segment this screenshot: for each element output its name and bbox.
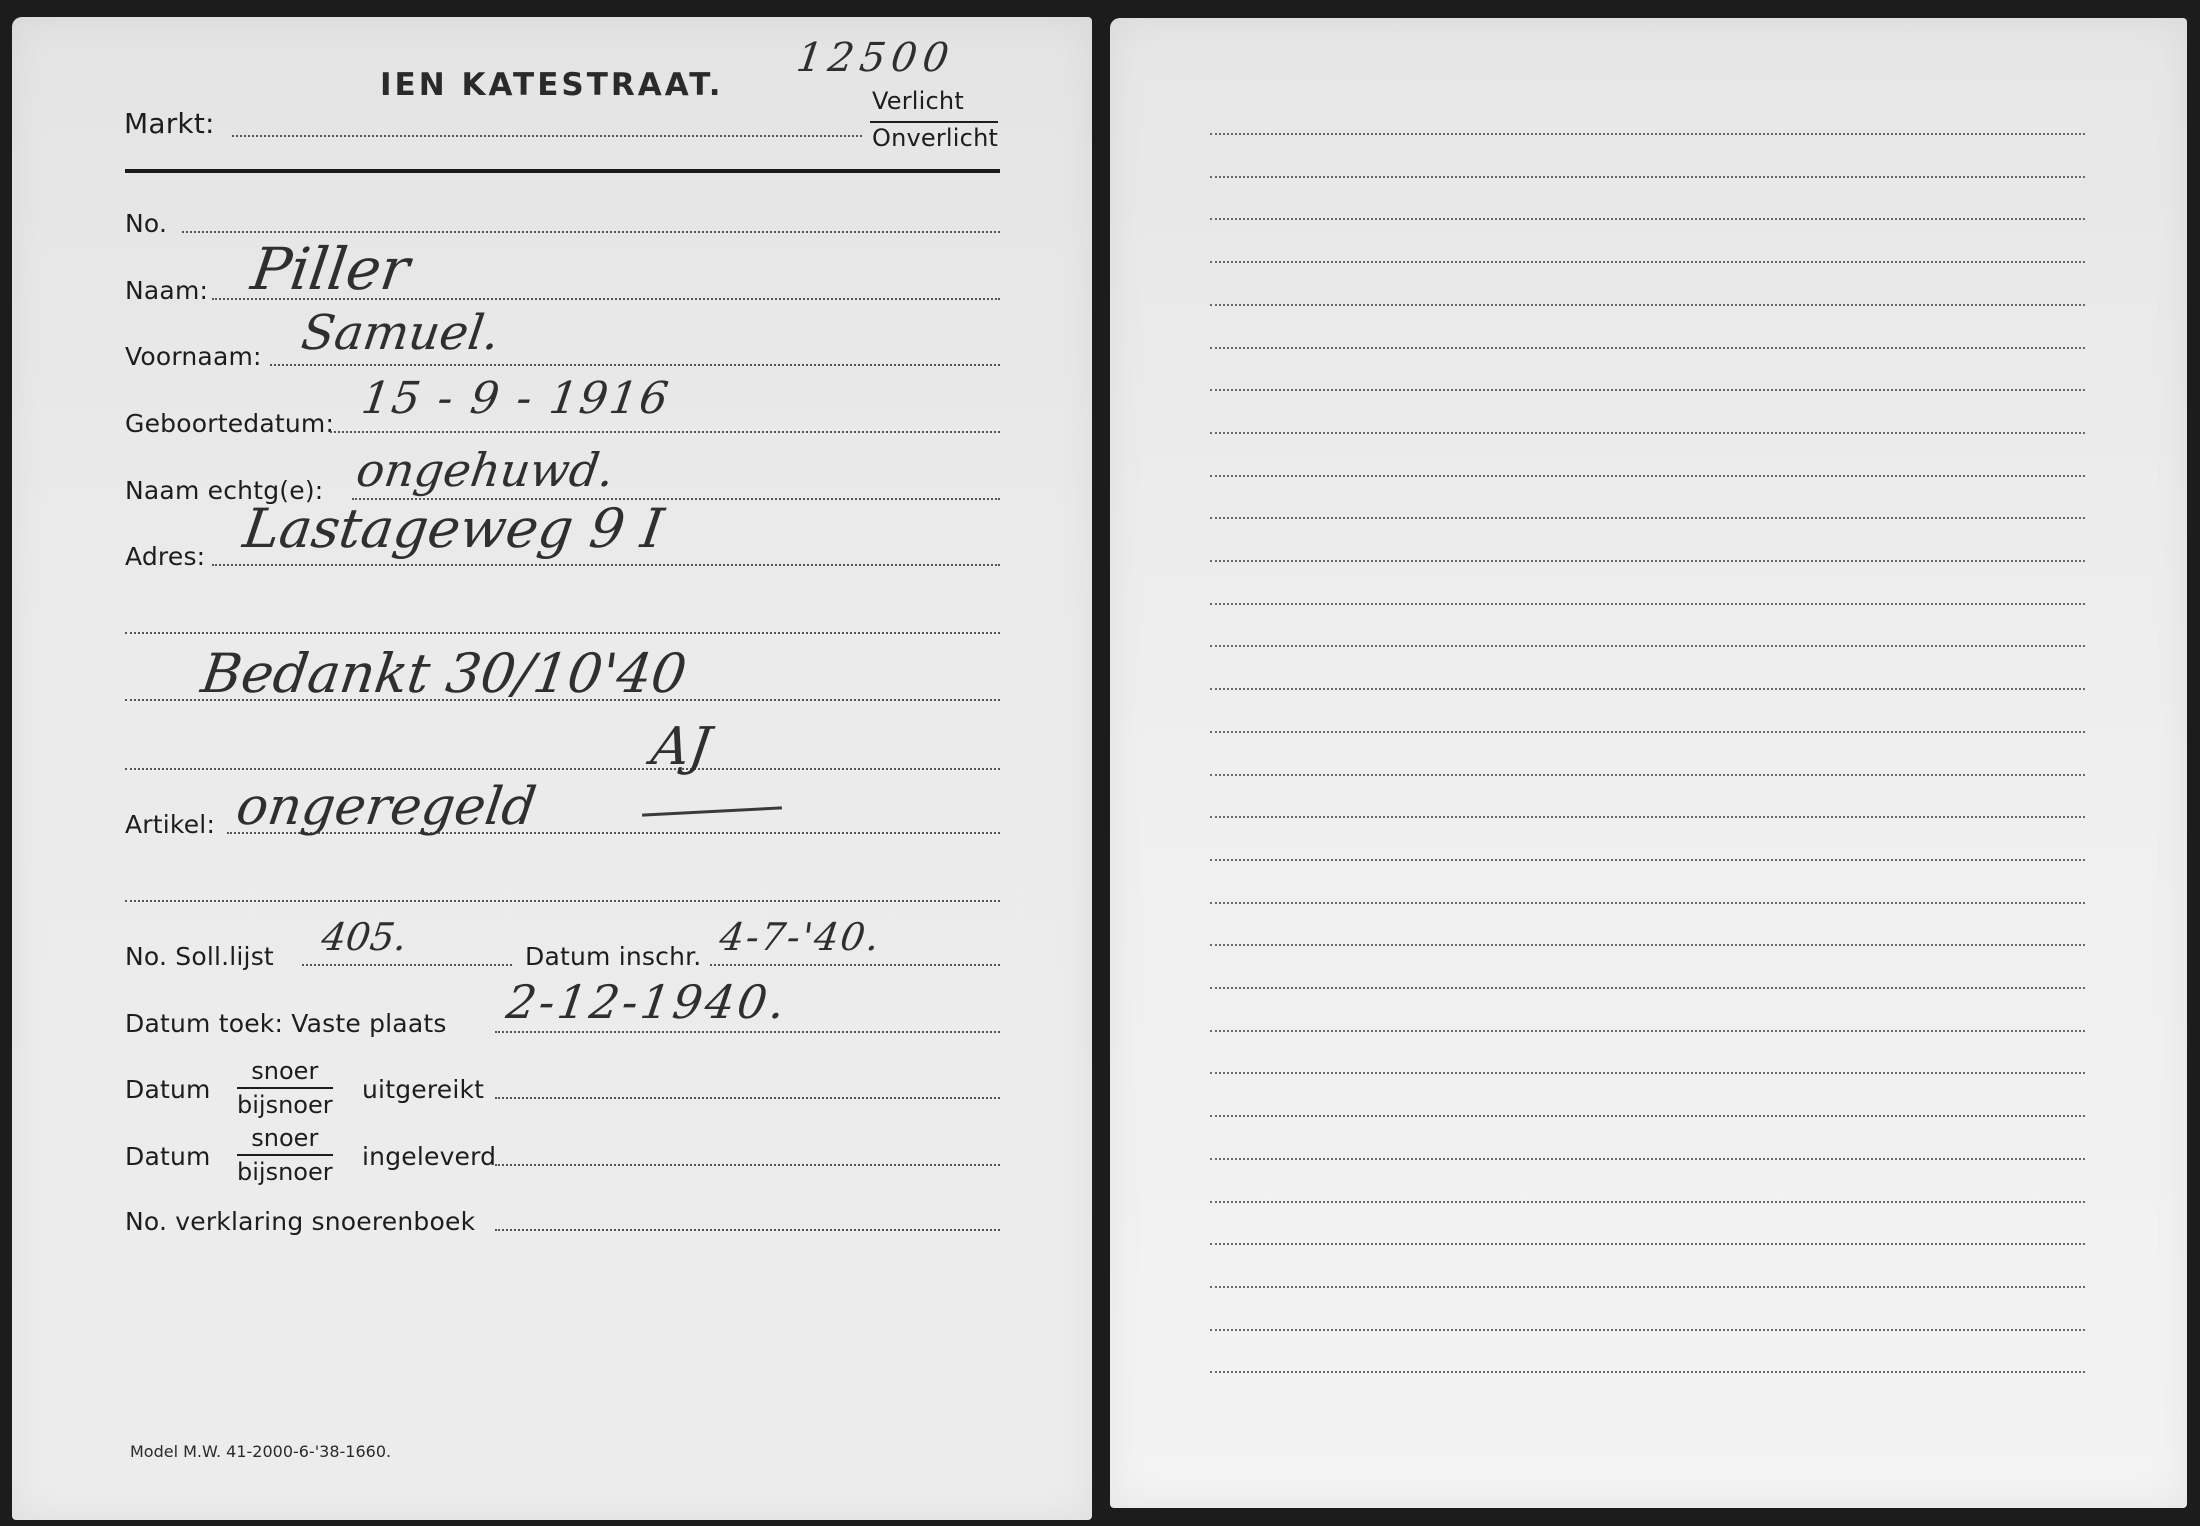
ruled-line[interactable]: [1210, 560, 2085, 562]
ruled-line[interactable]: [1210, 944, 2085, 946]
bijsnoer-label: bijsnoer: [237, 1089, 333, 1119]
ruled-line[interactable]: [1210, 1371, 2085, 1373]
ruled-line[interactable]: [1210, 645, 2085, 647]
card-back: [1110, 18, 2187, 1508]
ruled-line[interactable]: [1210, 731, 2085, 733]
ruled-line[interactable]: [1210, 304, 2085, 306]
notes-line-1[interactable]: [125, 632, 1000, 634]
ruled-line[interactable]: [1210, 432, 2085, 434]
ruled-line[interactable]: [1210, 688, 2085, 690]
snoer-ingeleverd-prefix: Datum: [125, 1142, 211, 1171]
ruled-line[interactable]: [1210, 517, 2085, 519]
snoer-uitgereikt-prefix: Datum: [125, 1075, 211, 1104]
notes-line-3[interactable]: [125, 768, 1000, 770]
snoer-bijsnoer-fraction-2: snoer bijsnoer: [237, 1124, 333, 1186]
market-stamp-title: IEN KATESTRAAT.: [380, 67, 724, 103]
naam-label: Naam:: [125, 276, 208, 305]
adres-label: Adres:: [125, 542, 205, 571]
ruled-line[interactable]: [1210, 603, 2085, 605]
snoer-ingeleverd-field[interactable]: [495, 1164, 1000, 1166]
soll-lijst-field[interactable]: [302, 964, 512, 966]
ruled-line[interactable]: [1210, 261, 2085, 263]
ruled-line[interactable]: [1210, 475, 2085, 477]
datum-inschr-value: 4-7-'40.: [717, 915, 884, 959]
geboortedatum-value: 15 - 9 - 1916: [358, 373, 673, 424]
soll-lijst-value: 405.: [319, 915, 410, 959]
ruled-line[interactable]: [1210, 1329, 2085, 1331]
voornaam-label: Voornaam:: [125, 342, 262, 371]
artikel-label: Artikel:: [125, 810, 215, 839]
ruled-line[interactable]: [1210, 987, 2085, 989]
verklaring-label: No. verklaring snoerenboek: [125, 1207, 475, 1236]
uitgereikt-label: uitgereikt: [362, 1075, 484, 1104]
markt-field[interactable]: [232, 135, 862, 137]
ruled-line[interactable]: [1210, 902, 2085, 904]
soll-lijst-label: No. Soll.lijst: [125, 942, 274, 971]
ruled-line[interactable]: [1210, 1286, 2085, 1288]
voornaam-value: Samuel.: [298, 305, 503, 361]
bijsnoer-label: bijsnoer: [237, 1156, 333, 1186]
ruled-line[interactable]: [1210, 1243, 2085, 1245]
ruled-line[interactable]: [1210, 218, 2085, 220]
snoer-bijsnoer-fraction-1: snoer bijsnoer: [237, 1057, 333, 1119]
no-field[interactable]: [182, 231, 1000, 233]
onverlicht-option: Onverlicht: [872, 124, 998, 152]
ruled-line[interactable]: [1210, 347, 2085, 349]
datum-toek-label: Datum toek: Vaste plaats: [125, 1009, 447, 1038]
datum-inschr-label: Datum inschr.: [525, 942, 701, 971]
ingeleverd-label: ingeleverd: [362, 1142, 496, 1171]
ruled-line[interactable]: [1210, 1030, 2085, 1032]
snoer-uitgereikt-field[interactable]: [495, 1097, 1000, 1099]
ruled-line[interactable]: [1210, 133, 2085, 135]
ruled-line[interactable]: [1210, 816, 2085, 818]
no-label: No.: [125, 209, 167, 238]
adres-field[interactable]: [212, 564, 1000, 566]
adres-value: Lastageweg 9 I: [240, 497, 668, 560]
voornaam-field[interactable]: [270, 364, 1000, 366]
artikel-value: ongeregeld: [233, 777, 540, 837]
naam-echtgenote-value: ongehuwd.: [353, 443, 617, 497]
ruled-line[interactable]: [1210, 774, 2085, 776]
verlicht-option: Verlicht: [872, 87, 964, 115]
signature-underline: [642, 806, 782, 816]
ruled-line[interactable]: [1210, 1115, 2085, 1117]
datum-toek-field[interactable]: [495, 1031, 1000, 1033]
snoer-label: snoer: [237, 1057, 333, 1089]
datum-toek-value: 2-12-1940.: [503, 975, 791, 1029]
datum-inschr-field[interactable]: [710, 964, 1000, 966]
lighting-divider: [870, 121, 998, 123]
ruled-line[interactable]: [1210, 1072, 2085, 1074]
geboortedatum-field[interactable]: [330, 431, 1000, 433]
geboortedatum-label: Geboortedatum:: [125, 409, 334, 438]
verklaring-field[interactable]: [495, 1229, 1000, 1231]
artikel-line-2[interactable]: [125, 900, 1000, 902]
ruled-line[interactable]: [1210, 176, 2085, 178]
ruled-line[interactable]: [1210, 389, 2085, 391]
ruled-line[interactable]: [1210, 1201, 2085, 1203]
snoer-label: snoer: [237, 1124, 333, 1156]
markt-label: Markt:: [124, 107, 215, 140]
initials-signature: AJ: [648, 717, 715, 777]
naam-value: Piller: [247, 235, 413, 303]
header-rule: [125, 169, 1000, 173]
ruled-line[interactable]: [1210, 1158, 2085, 1160]
card-front: IEN KATESTRAAT. 12500 Verlicht Onverlich…: [12, 17, 1092, 1520]
handwritten-card-number: 12500: [794, 35, 958, 81]
bedankt-note: Bedankt 30/10'40: [198, 642, 691, 705]
model-footer: Model M.W. 41-2000-6-'38-1660.: [130, 1442, 391, 1461]
ruled-line[interactable]: [1210, 859, 2085, 861]
